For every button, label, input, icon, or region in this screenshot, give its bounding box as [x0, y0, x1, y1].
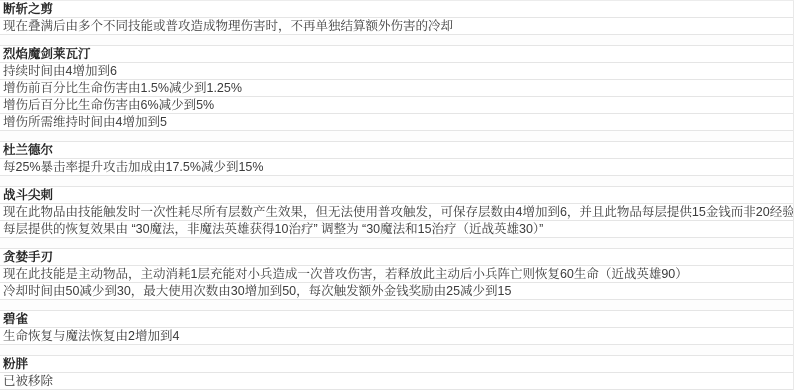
- change-row: 现在此技能是主动物品，主动消耗1层充能对小兵造成一次普攻伤害，若释放此主动后小兵…: [0, 266, 793, 283]
- section-spacer: [0, 345, 793, 356]
- section-spacer: [0, 300, 793, 311]
- patch-section: 断斩之剪 现在叠满后由多个不同技能或普攻造成物理伤害时，不再单独结算额外伤害的冷…: [0, 1, 793, 46]
- patch-section: 杜兰德尔 每25%暴击率提升攻击加成由17.5%减少到15%: [0, 142, 793, 187]
- change-row: 每25%暴击率提升攻击加成由17.5%减少到15%: [0, 159, 793, 176]
- change-text: 已被移除: [3, 374, 53, 388]
- item-name-row: 断斩之剪: [0, 1, 793, 18]
- change-row: 每层提供的恢复效果由 “30魔法，非魔法英雄获得10治疗” 调整为 “30魔法和…: [0, 221, 793, 238]
- change-row: 现在叠满后由多个不同技能或普攻造成物理伤害时，不再单独结算额外伤害的冷却: [0, 18, 793, 35]
- change-text: 增伤后百分比生命伤害由6%减少到5%: [3, 98, 214, 112]
- item-name-row: 贪婪手刃: [0, 249, 793, 266]
- section-spacer: [0, 35, 793, 46]
- patch-section: 粉胖 已被移除: [0, 356, 793, 390]
- change-row: 持续时间由4增加到6: [0, 63, 793, 80]
- item-name-row: 战斗尖刺: [0, 187, 793, 204]
- patch-section: 战斗尖刺 现在此物品由技能触发时一次性耗尽所有层数产生效果，但无法使用普攻触发，…: [0, 187, 793, 249]
- change-text: 生命恢复与魔法恢复由2增加到4: [3, 329, 179, 343]
- patch-notes-table: 断斩之剪 现在叠满后由多个不同技能或普攻造成物理伤害时，不再单独结算额外伤害的冷…: [0, 0, 794, 390]
- item-name: 杜兰德尔: [3, 143, 53, 157]
- patch-section: 烈焰魔剑莱瓦汀 持续时间由4增加到6 增伤前百分比生命伤害由1.5%减少到1.2…: [0, 46, 793, 142]
- change-row: 现在此物品由技能触发时一次性耗尽所有层数产生效果，但无法使用普攻触发，可保存层数…: [0, 204, 793, 221]
- change-text: 现在叠满后由多个不同技能或普攻造成物理伤害时，不再单独结算额外伤害的冷却: [3, 19, 453, 33]
- patch-section: 碧雀 生命恢复与魔法恢复由2增加到4: [0, 311, 793, 356]
- item-name-row: 粉胖: [0, 356, 793, 373]
- change-row: 增伤后百分比生命伤害由6%减少到5%: [0, 97, 793, 114]
- item-name-row: 碧雀: [0, 311, 793, 328]
- item-name: 碧雀: [3, 312, 28, 326]
- section-spacer: [0, 176, 793, 187]
- change-text: 增伤前百分比生命伤害由1.5%减少到1.25%: [3, 81, 242, 95]
- change-text: 增伤所需维持时间由4增加到5: [3, 115, 167, 129]
- change-row: 增伤前百分比生命伤害由1.5%减少到1.25%: [0, 80, 793, 97]
- change-text: 每25%暴击率提升攻击加成由17.5%减少到15%: [3, 160, 263, 174]
- item-name: 粉胖: [3, 357, 28, 371]
- section-spacer: [0, 131, 793, 142]
- patch-section: 贪婪手刃 现在此技能是主动物品，主动消耗1层充能对小兵造成一次普攻伤害，若释放此…: [0, 249, 793, 311]
- change-text: 每层提供的恢复效果由 “30魔法，非魔法英雄获得10治疗” 调整为 “30魔法和…: [3, 222, 543, 236]
- item-name: 战斗尖刺: [3, 188, 53, 202]
- section-spacer: [0, 238, 793, 249]
- change-row: 已被移除: [0, 373, 793, 390]
- change-text: 现在此物品由技能触发时一次性耗尽所有层数产生效果，但无法使用普攻触发，可保存层数…: [3, 205, 793, 219]
- change-row: 增伤所需维持时间由4增加到5: [0, 114, 793, 131]
- item-name-row: 杜兰德尔: [0, 142, 793, 159]
- item-name-row: 烈焰魔剑莱瓦汀: [0, 46, 793, 63]
- item-name: 断斩之剪: [3, 2, 53, 16]
- change-text: 现在此技能是主动物品，主动消耗1层充能对小兵造成一次普攻伤害，若释放此主动后小兵…: [3, 267, 688, 281]
- change-text: 持续时间由4增加到6: [3, 64, 117, 78]
- item-name: 烈焰魔剑莱瓦汀: [3, 47, 91, 61]
- item-name: 贪婪手刃: [3, 250, 53, 264]
- change-row: 生命恢复与魔法恢复由2增加到4: [0, 328, 793, 345]
- change-row: 冷却时间由50减少到30，最大使用次数由30增加到50，每次触发额外金钱奖励由2…: [0, 283, 793, 300]
- change-text: 冷却时间由50减少到30，最大使用次数由30增加到50，每次触发额外金钱奖励由2…: [3, 284, 511, 298]
